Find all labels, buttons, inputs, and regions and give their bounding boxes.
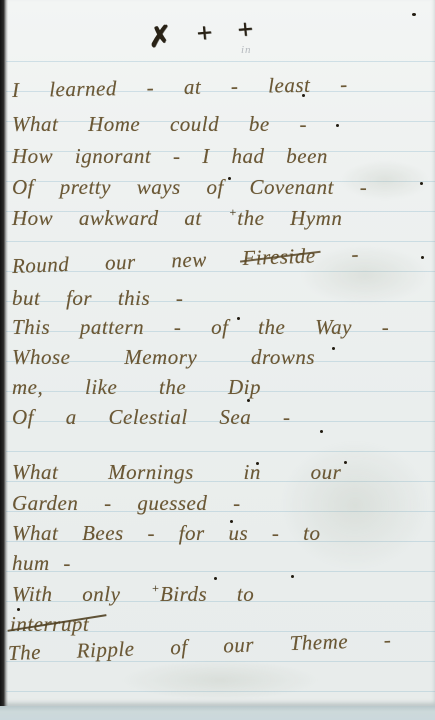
struck-word-interrupt: interrupt [10, 612, 89, 637]
ink-speck [228, 177, 231, 180]
ink-speck [17, 608, 20, 611]
ink-speck [332, 347, 335, 350]
poem-line-s3-l2: Garden - guessed - [12, 491, 429, 516]
manuscript-scan: ✗ + + in I learned - at - least - What H… [0, 0, 435, 720]
ink-speck [320, 430, 323, 433]
insertion-caret: + [152, 581, 159, 595]
ink-speck [412, 13, 416, 16]
ink-speck [420, 182, 423, 185]
poem-line-s3-l5: With only +Birds to [12, 581, 429, 607]
poem-line-s2-l5: me, like the Dip [12, 375, 429, 400]
poem-line-s2-l4: Whose Memory drowns [12, 345, 429, 370]
line-text: How awkward at [12, 206, 202, 230]
poem-line-s3-l3: What Bees - for us - to [12, 521, 429, 546]
ink-speck [421, 256, 424, 259]
left-page-edge [0, 0, 8, 706]
ink-speck [237, 317, 240, 320]
poem-line-s2-l3: This pattern - of the Way - [12, 315, 429, 340]
poem-line-s1-l5: How awkward at +the Hymn [12, 205, 429, 231]
scanner-backdrop [0, 706, 435, 720]
line-text: - [351, 242, 359, 266]
poem-line-s1-l2: What Home could be - [12, 112, 429, 137]
pencil-note: in [241, 44, 252, 56]
bleed-smudge [120, 660, 320, 700]
poem-line-s3-l4: hum - [12, 551, 429, 576]
line-text: With only [12, 582, 120, 606]
line-text: Birds to [160, 582, 254, 606]
insertion-caret: + [229, 205, 236, 219]
poem-line-s1-l4: Of pretty ways of Covenant - [12, 175, 429, 200]
ink-speck [291, 575, 294, 578]
poem-line-s2-l2: but for this - [12, 286, 429, 311]
ink-speck [302, 94, 305, 97]
ink-speck [214, 577, 217, 580]
ink-speck [230, 520, 233, 523]
ink-speck [344, 461, 347, 464]
poem-line-s2-l6: Of a Celestial Sea - [12, 405, 429, 430]
ink-speck [247, 399, 250, 402]
ink-speck [256, 462, 259, 465]
poem-line-s1-l3: How ignorant - I had been [12, 144, 429, 169]
ink-speck [336, 124, 339, 127]
poem-line-s3-l1: What Mornings in our [12, 460, 429, 485]
struck-word-fireside: Fireside [242, 243, 316, 271]
line-text: the Hymn [237, 206, 342, 230]
